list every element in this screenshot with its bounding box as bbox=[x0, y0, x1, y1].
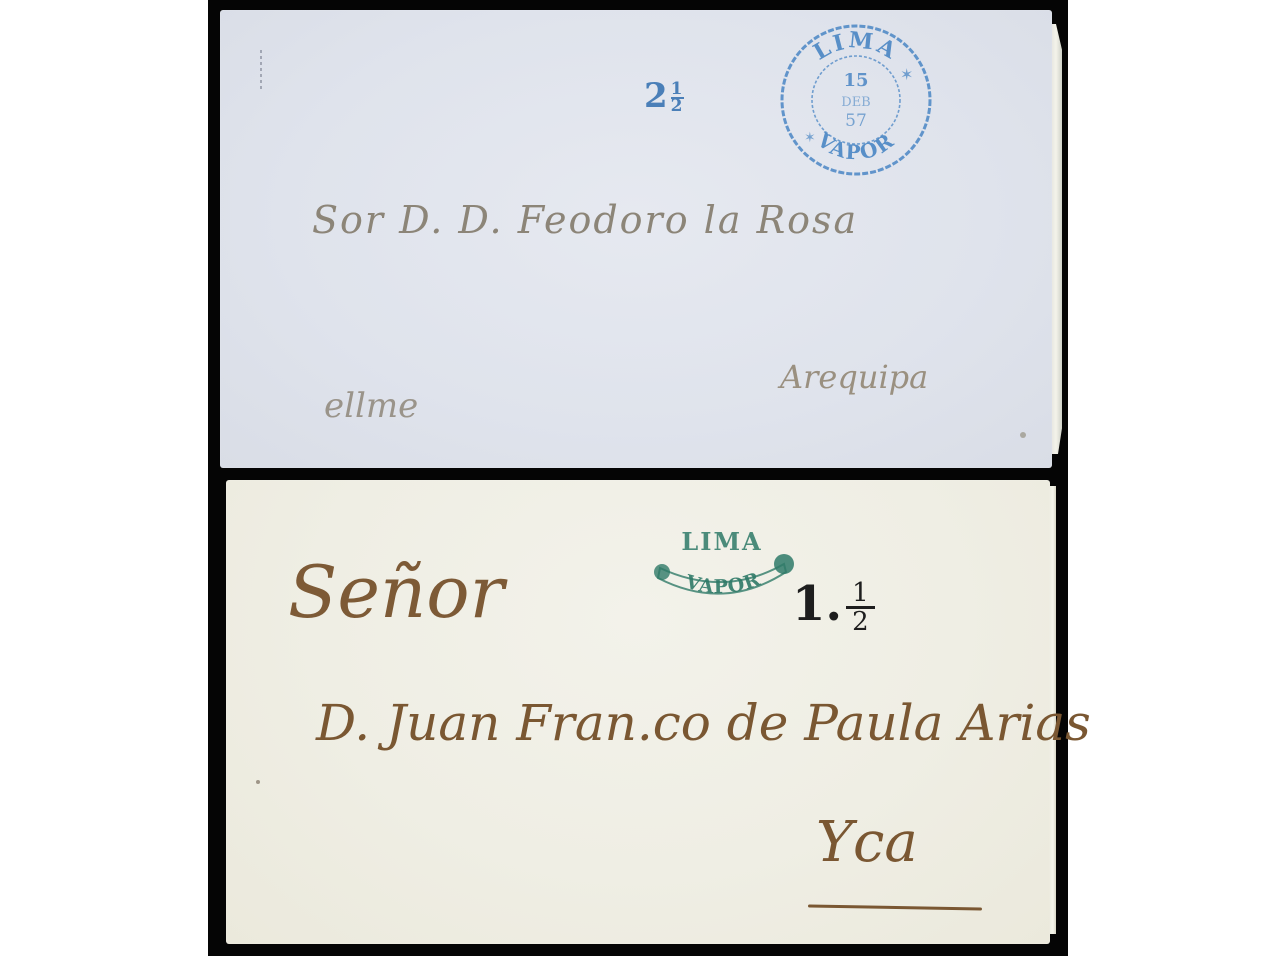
top-cover-sheet-edge bbox=[1052, 24, 1062, 454]
black-rate-denominator: 2 bbox=[846, 609, 875, 635]
bottom-cover-salutation: Señor bbox=[288, 550, 504, 634]
datestamp-bottom-text: VAPOR bbox=[812, 127, 899, 164]
bottom-cover: LIMA VAPOR 1.12 Señor D. Juan Fran.co de… bbox=[226, 480, 1050, 944]
black-rate-marking: 1.12 bbox=[792, 576, 875, 635]
green-stamp-bottom-text: VAPOR bbox=[682, 568, 764, 598]
top-cover-addressee: Sor D. D. Feodoro la Rosa bbox=[312, 198, 858, 242]
blue-rate-denominator: 2 bbox=[671, 99, 684, 114]
destination-underline bbox=[808, 904, 982, 910]
lima-vapor-circular-datestamp: LIMA VAPOR 15 DEB 57 ✶ ✶ bbox=[776, 20, 936, 178]
top-cover-fold-mark bbox=[260, 50, 262, 90]
svg-text:VAPOR: VAPOR bbox=[682, 568, 764, 598]
lima-vapor-green-handstamp: LIMA VAPOR bbox=[646, 516, 796, 606]
top-cover: 212 LIMA VAPOR 15 DEB 57 ✶ ✶ Sor D. D. F… bbox=[220, 10, 1052, 468]
bottom-cover-addressee: D. Juan Fran.co de Paula Arias bbox=[316, 694, 1091, 752]
svg-text:VAPOR: VAPOR bbox=[812, 127, 899, 164]
bottom-cover-destination: Yca bbox=[816, 810, 918, 875]
blue-rate-whole: 2 bbox=[644, 76, 669, 116]
blue-rate-marking: 212 bbox=[644, 76, 684, 116]
black-rate-whole: 1. bbox=[792, 576, 842, 632]
top-cover-ink-spot bbox=[1020, 432, 1026, 438]
datestamp-day: 15 bbox=[843, 70, 868, 91]
datestamp-year: 57 bbox=[845, 111, 867, 131]
datestamp-month: DEB bbox=[841, 95, 870, 110]
black-rate-numerator: 1 bbox=[846, 580, 875, 609]
top-cover-destination: Arequipa bbox=[780, 358, 928, 396]
green-stamp-top-text: LIMA bbox=[681, 527, 762, 556]
datestamp-star-ornament-left: ✶ bbox=[804, 130, 816, 146]
bottom-cover-ink-speck bbox=[256, 780, 260, 784]
black-rate-fraction: 12 bbox=[846, 580, 875, 635]
datestamp-star-ornament-right: ✶ bbox=[900, 65, 913, 84]
blue-rate-fraction: 12 bbox=[671, 82, 684, 114]
top-cover-manuscript-mark: ellme bbox=[324, 386, 418, 426]
